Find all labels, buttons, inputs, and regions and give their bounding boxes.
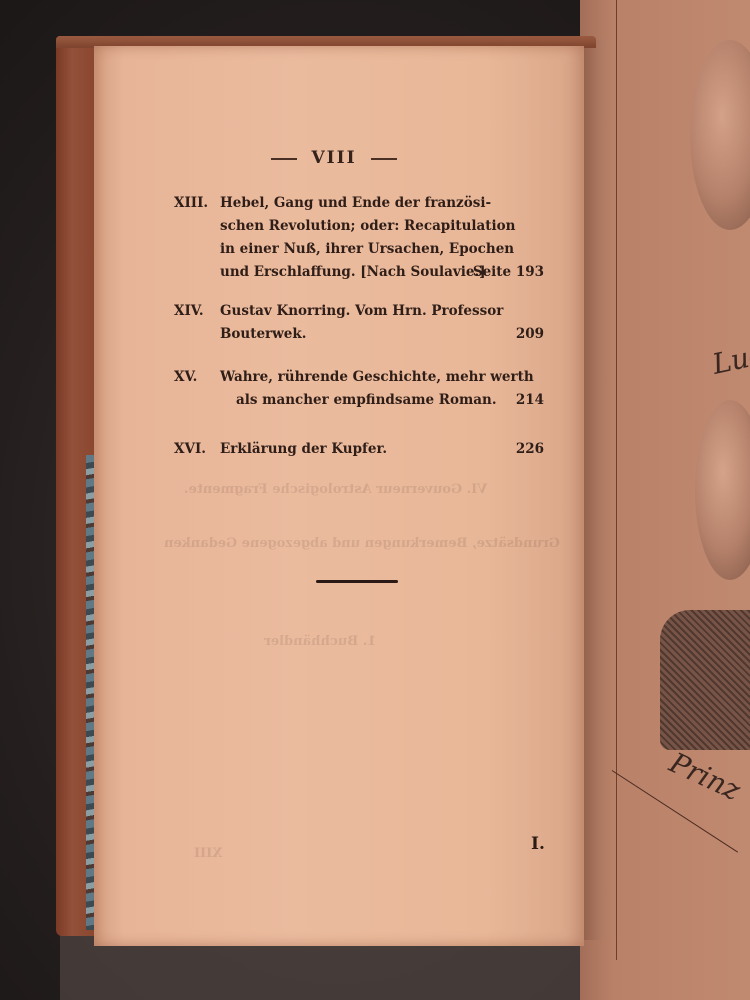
section-divider-rule bbox=[316, 580, 398, 583]
entry-text-line: Erklärung der Kupfer. bbox=[220, 441, 387, 457]
entry-number: XIII. bbox=[174, 192, 220, 215]
header-dash-right bbox=[371, 158, 397, 160]
table-of-contents: VIII XIII.Hebel, Gang und Ende der franz… bbox=[94, 46, 584, 946]
page-number-roman: VIII bbox=[311, 148, 356, 168]
bleed-through-text: VI. Gouverneur Astrologische Fragmente. bbox=[184, 482, 487, 497]
signature-mark: I. bbox=[531, 834, 545, 854]
entry-number: XIV. bbox=[174, 300, 220, 323]
entry-text-line: Bouterwek. bbox=[220, 326, 306, 342]
portrait-coat-engraving bbox=[660, 610, 750, 750]
toc-entry: XIV.Gustav Knorring. Vom Hrn. Professor … bbox=[174, 300, 544, 346]
bleed-through-text: Grundsätze, Bemerkungen und abgezogene G… bbox=[164, 536, 560, 551]
entry-text-line: Gustav Knorring. Vom Hrn. Professor bbox=[220, 303, 503, 319]
book-gutter bbox=[578, 40, 618, 940]
entry-text-line: und Erschlaffung. [Nach Soulavie.] bbox=[220, 264, 486, 280]
entry-text-line: Hebel, Gang und Ende der französi- bbox=[220, 195, 491, 211]
page-header: VIII bbox=[94, 148, 574, 168]
entry-text-line: als mancher empfindsame Roman. bbox=[236, 392, 497, 408]
bleed-through-text: 1. Buchhändler bbox=[264, 634, 376, 649]
entry-number: XV. bbox=[174, 366, 220, 389]
toc-entry: XIII.Hebel, Gang und Ende der französi- … bbox=[174, 192, 544, 284]
entry-page-number: 214 bbox=[516, 389, 544, 412]
entry-text-line: in einer Nuß, ihrer Ursachen, Epochen bbox=[220, 241, 514, 257]
entry-page-number: 209 bbox=[516, 323, 544, 346]
toc-entry: XVI.Erklärung der Kupfer.226 bbox=[174, 438, 544, 461]
header-dash-left bbox=[271, 158, 297, 160]
entry-page-number: 226 bbox=[516, 438, 544, 461]
entry-text-line: Wahre, rührende Geschichte, mehr werth bbox=[220, 369, 534, 385]
bleed-through-text: XIII bbox=[194, 846, 222, 861]
toc-entry: XV.Wahre, rührende Geschichte, mehr wert… bbox=[174, 366, 544, 412]
entry-page-number: Seite 193 bbox=[473, 261, 544, 284]
entry-number: XVI. bbox=[174, 438, 220, 461]
entry-text-line: schen Revolution; oder: Recapitulation bbox=[220, 218, 516, 234]
